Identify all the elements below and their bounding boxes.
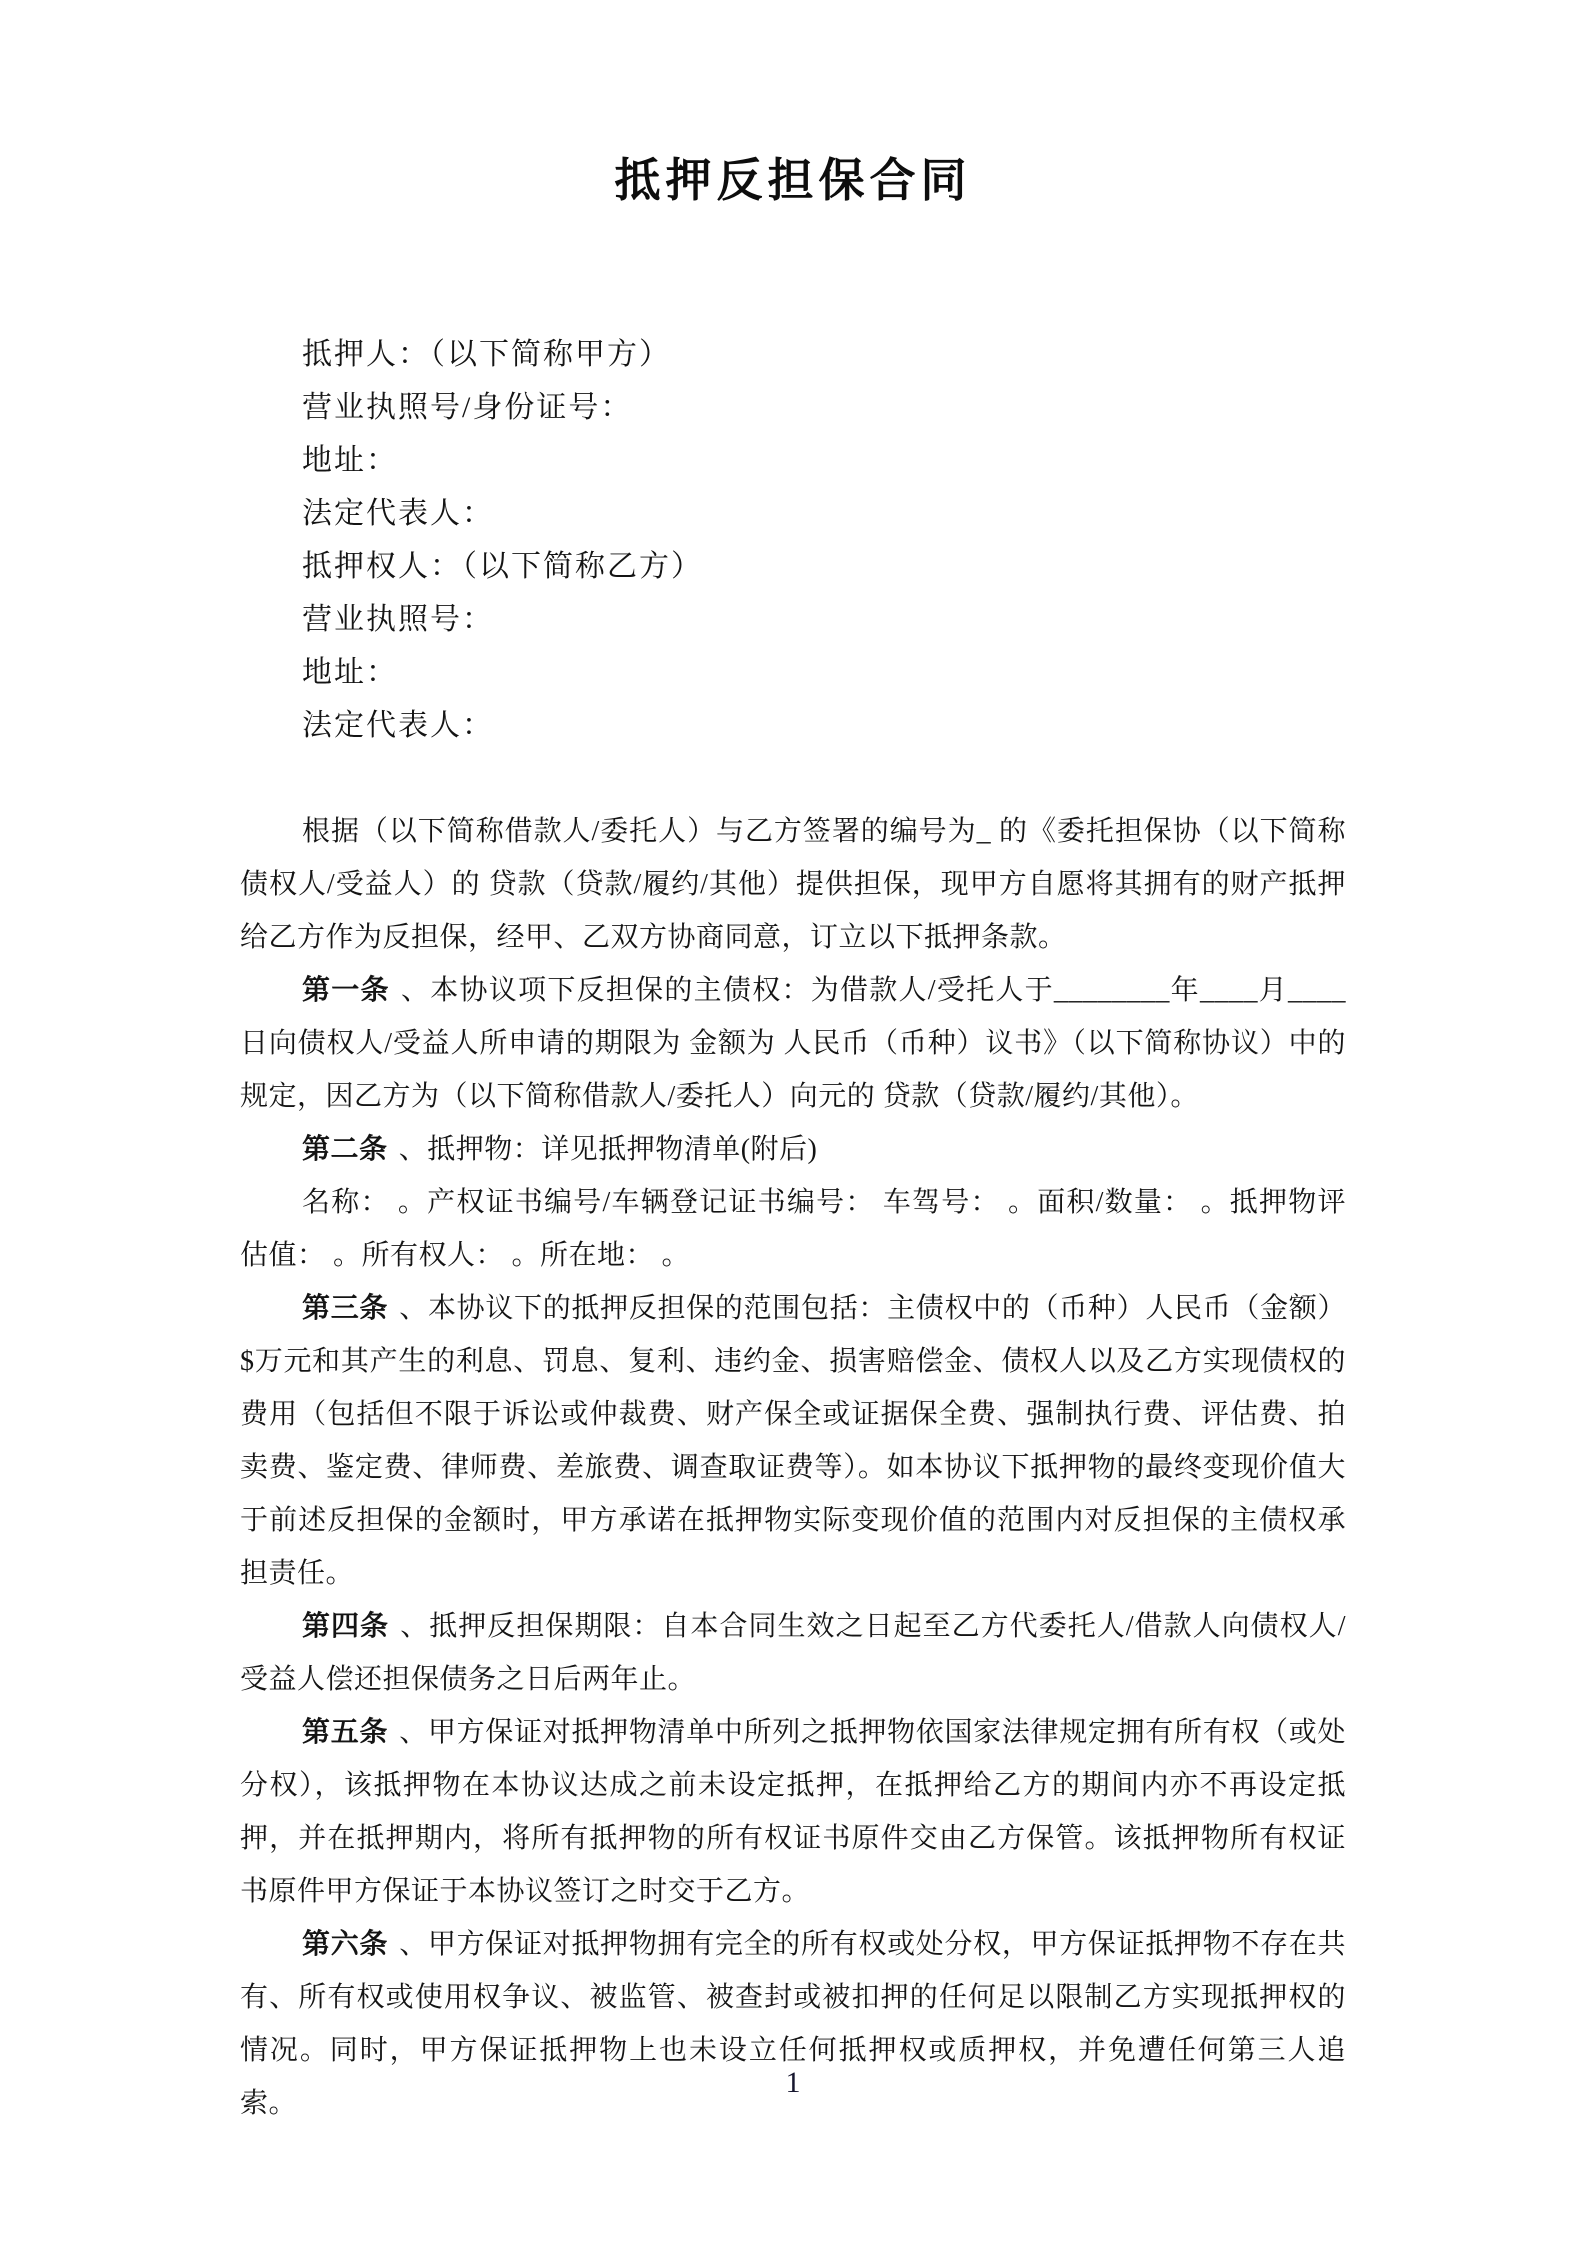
party-line-mortgagor: 抵押人：（以下简称甲方）	[240, 328, 1346, 381]
contract-body: 根据（以下简称借款人/委托人）与乙方签署的编号为_ 的《委托担保协（以下简称债权…	[240, 805, 1346, 2130]
clause-body: 、抵押物：详见抵押物清单(附后)	[399, 1134, 818, 1165]
clause-body: 名称： 。产权证书编号/车辆登记证书编号： 车驾号： 。面积/数量： 。抵押物评…	[240, 1187, 1346, 1271]
party-line-mortgagee-address: 地址：	[240, 646, 1346, 699]
clause-head: 第二条	[302, 1134, 388, 1165]
clause-head: 第六条	[302, 1929, 388, 1960]
clause-3-paragraph: 第三条、本协议下的抵押反担保的范围包括：主债权中的（币种）人民币（金额）$万元和…	[240, 1282, 1346, 1600]
page-title: 抵押反担保合同	[240, 150, 1346, 210]
party-info-block: 抵押人：（以下简称甲方） 营业执照号/身份证号： 地址： 法定代表人： 抵押权人…	[240, 328, 1346, 752]
clause-4-paragraph: 第四条、抵押反担保期限：自本合同生效之日起至乙方代委托人/借款人向债权人/受益人…	[240, 1600, 1346, 1706]
intro-paragraph: 根据（以下简称借款人/委托人）与乙方签署的编号为_ 的《委托担保协（以下简称债权…	[240, 805, 1346, 964]
party-line-mortgagor-representative: 法定代表人：	[240, 487, 1346, 540]
clause-1-paragraph: 第一条、本协议项下反担保的主债权：为借款人/受托人于________年____月…	[240, 964, 1346, 1123]
clause-body: 、甲方保证对抵押物清单中所列之抵押物依国家法律规定拥有所有权（或处分权），该抵押…	[240, 1717, 1346, 1907]
contract-page: 抵押反担保合同 抵押人：（以下简称甲方） 营业执照号/身份证号： 地址： 法定代…	[0, 0, 1586, 2244]
party-line-mortgagor-address: 地址：	[240, 434, 1346, 487]
party-line-mortgagee-license: 营业执照号：	[240, 593, 1346, 646]
clause-head: 第五条	[302, 1717, 388, 1748]
contract-content: 抵押反担保合同 抵押人：（以下简称甲方） 营业执照号/身份证号： 地址： 法定代…	[240, 0, 1346, 2130]
page-number: 1	[0, 2063, 1586, 2103]
clause-body: 、本协议项下反担保的主债权：为借款人/受托人于________年____月___…	[240, 975, 1346, 1112]
clause-head: 第三条	[302, 1293, 388, 1324]
party-line-mortgagee: 抵押权人：（以下简称乙方）	[240, 540, 1346, 593]
clause-head: 第一条	[302, 975, 390, 1006]
clause-head: 第四条	[302, 1611, 389, 1642]
clause-2-paragraph: 第二条、抵押物：详见抵押物清单(附后)	[240, 1123, 1346, 1176]
clause-body: 、抵押反担保期限：自本合同生效之日起至乙方代委托人/借款人向债权人/受益人偿还担…	[240, 1611, 1346, 1695]
collateral-detail-paragraph: 名称： 。产权证书编号/车辆登记证书编号： 车驾号： 。面积/数量： 。抵押物评…	[240, 1176, 1346, 1282]
party-line-mortgagor-license: 营业执照号/身份证号：	[240, 381, 1346, 434]
clause-body: 、本协议下的抵押反担保的范围包括：主债权中的（币种）人民币（金额）$万元和其产生…	[240, 1293, 1346, 1589]
clause-body: 根据（以下简称借款人/委托人）与乙方签署的编号为_ 的《委托担保协（以下简称债权…	[240, 816, 1346, 953]
clause-5-paragraph: 第五条、甲方保证对抵押物清单中所列之抵押物依国家法律规定拥有所有权（或处分权），…	[240, 1706, 1346, 1918]
party-line-mortgagee-representative: 法定代表人：	[240, 699, 1346, 752]
